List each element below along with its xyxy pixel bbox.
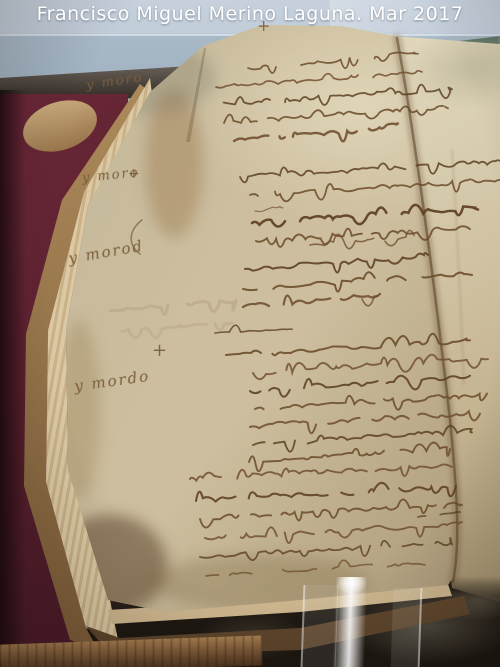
photo-caption: Francisco Miguel Merino Laguna. Mar 2017 (0, 3, 500, 25)
right-page-shading (400, 36, 500, 146)
left-shadow (0, 90, 26, 667)
manuscript-photo: y moro y moro y morod y mordo + + + Fran… (0, 0, 500, 667)
cross-mark-lower: + (152, 340, 167, 361)
acrylic-stand-highlight (332, 577, 367, 667)
cross-mark-middle: + (128, 166, 140, 182)
acrylic-stand-panel (391, 588, 423, 667)
